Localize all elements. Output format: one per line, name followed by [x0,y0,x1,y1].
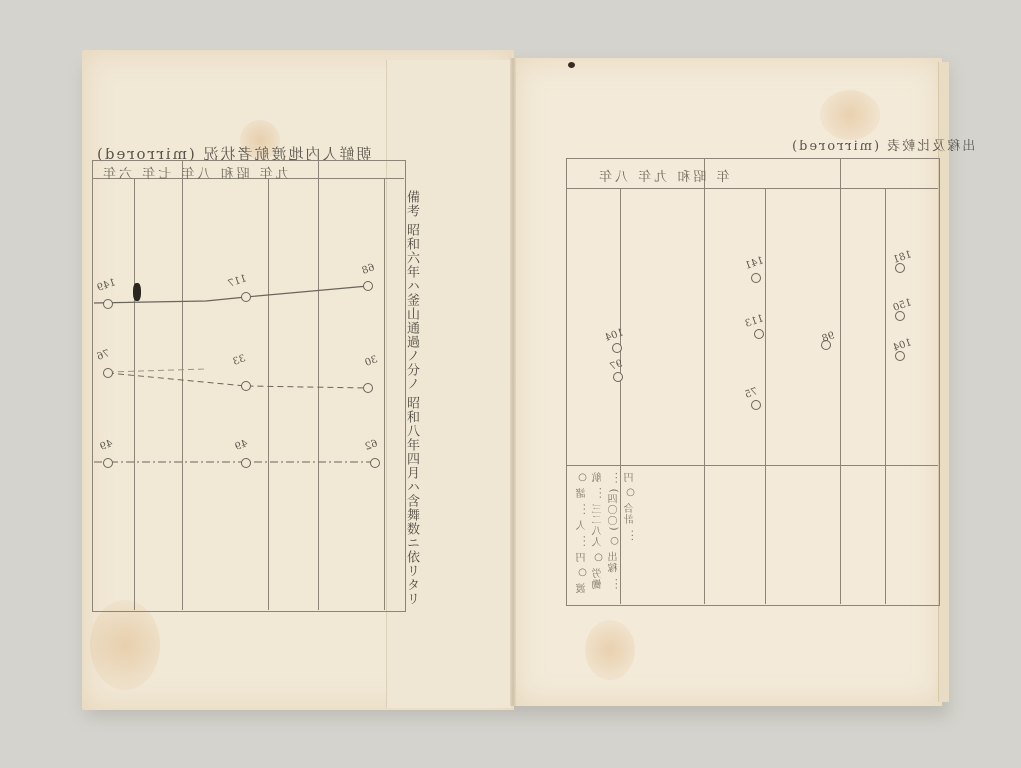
data-point [103,458,113,468]
data-point [751,400,761,410]
note-line: ○ 合計 ... [625,487,636,542]
right-header-row: 年 昭和 九年 八年 [596,166,729,185]
data-point [612,343,622,353]
right-notes-divider [566,465,938,466]
right-notes: ○ 諸 ... 人 ... 円 ○ 渡航 ... 三二八人 ○ 労働 ... (… [575,472,935,597]
note-line: ○ 諸 ... 人 ... 円 [577,472,588,563]
data-point [103,368,113,378]
right-header-divider [566,188,938,189]
data-point [363,281,373,291]
right-page-title: 出稼及比較表 (mirrored) [790,135,975,154]
stain [585,620,635,680]
ink-spot [568,62,575,68]
data-point [754,329,764,339]
data-point [241,458,251,468]
data-point [613,372,623,382]
data-point [241,292,251,302]
stain [820,90,880,140]
book-gutter [510,58,516,706]
remarks-note: 備考 昭和六年ハ釜山通過ノ分ノ 昭和八年四月ハ含舞数ニ依リタリ [404,190,418,610]
data-point [103,299,113,309]
header-cell: 昭和 九年 [635,170,706,185]
data-point [363,383,373,393]
header-cell: 八年 [596,170,628,185]
ink-blot [133,283,141,301]
data-point [751,273,761,283]
header-cell: 年 [713,170,729,185]
data-point [241,381,251,391]
data-point [370,458,380,468]
